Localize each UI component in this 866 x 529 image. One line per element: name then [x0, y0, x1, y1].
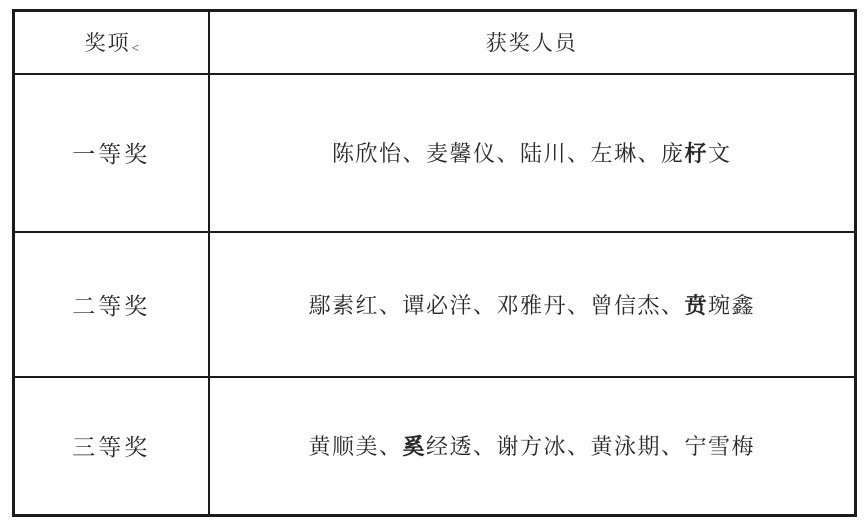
winners-cell: 鄢素红、谭必洋、邓雅丹、曾信杰、贲琬鑫: [209, 232, 856, 377]
header-award-column: 奖项<: [14, 11, 209, 74]
award-cell: 一等奖: [14, 74, 209, 232]
award-label: 一等奖: [72, 142, 150, 167]
winners-cell: 陈欣怡、麦馨仪、陆川、左琳、庞杍文: [209, 74, 856, 232]
winners-text: 鄢素红、谭必洋、邓雅丹、曾信杰、贲琬鑫: [308, 293, 755, 318]
header-winners-column: 获奖人员: [209, 11, 856, 74]
award-label: 二等奖: [72, 294, 150, 319]
winner-name-segment: 经透、谢方冰、黄泳期、宁雪梅: [426, 434, 755, 459]
table-header-row: 奖项< 获奖人员: [14, 11, 856, 74]
table-row: 二等奖 鄢素红、谭必洋、邓雅丹、曾信杰、贲琬鑫: [14, 232, 856, 377]
award-label: 三等奖: [72, 435, 150, 460]
award-cell: 二等奖: [14, 232, 209, 377]
table-row: 一等奖 陈欣怡、麦馨仪、陆川、左琳、庞杍文: [14, 74, 856, 232]
awards-table: 奖项< 获奖人员 一等奖 陈欣怡、麦馨仪、陆川、左琳、庞杍文 二等奖: [12, 9, 857, 517]
winner-name-segment: 鄢素红、谭必洋、邓雅丹、曾信杰、: [308, 293, 684, 318]
winner-name-segment: 杍: [684, 141, 708, 166]
winner-name-segment: 黄顺美、: [308, 434, 402, 459]
winners-text: 黄顺美、奚经透、谢方冰、黄泳期、宁雪梅: [308, 434, 755, 459]
winner-name-segment: 琬鑫: [708, 293, 755, 318]
document-page: 奖项< 获奖人员 一等奖 陈欣怡、麦馨仪、陆川、左琳、庞杍文 二等奖: [0, 0, 866, 529]
table-row: 三等奖 黄顺美、奚经透、谢方冰、黄泳期、宁雪梅: [14, 377, 856, 516]
winner-name-segment: 奚: [402, 434, 426, 459]
anchor-mark: <: [132, 40, 139, 55]
winner-name-segment: 陈欣怡、麦馨仪、陆川、左琳、庞: [332, 141, 685, 166]
winners-text: 陈欣怡、麦馨仪、陆川、左琳、庞杍文: [332, 141, 732, 166]
award-cell: 三等奖: [14, 377, 209, 516]
winners-cell: 黄顺美、奚经透、谢方冰、黄泳期、宁雪梅: [209, 377, 856, 516]
winner-name-segment: 文: [708, 141, 732, 166]
header-award-label: 奖项: [85, 31, 131, 55]
header-winners-label: 获奖人员: [486, 31, 578, 55]
winner-name-segment: 贲: [684, 293, 708, 318]
